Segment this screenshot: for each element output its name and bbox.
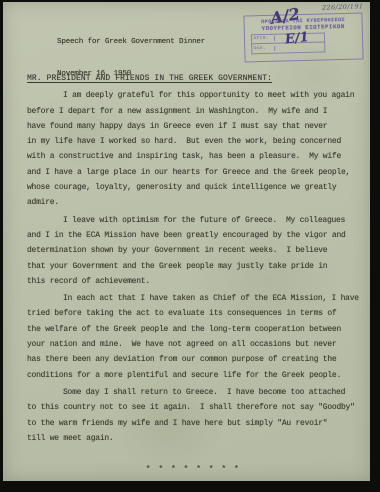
paragraph-4: Some day I shall return to Greece. I hav… [27,385,354,446]
text-line: the welfare of the Greek people and the … [27,322,354,337]
text-line: conditions for a more plentiful and secu… [27,368,354,383]
salutation-line: MR. PRESIDENT AND FRIENDS IN THE GREEK G… [27,71,354,86]
text-line: your nation and mine. We have not agreed… [27,337,354,352]
paragraph-1: I am deeply grateful for this opportunit… [27,88,354,210]
text-line: and I have a large place in our hearts f… [27,165,354,180]
text-line: I leave with optimism for the future of … [27,213,354,228]
text-line: to the warm friends my wife and I have h… [27,416,354,431]
text-line: admire. [27,195,354,210]
text-line: has there been any deviation from our co… [27,352,354,367]
text-line: in my life have I worked so hard. But ev… [27,134,354,149]
text-line: before I depart for a new assignment in … [27,104,354,119]
text-line: this record of achievement. [27,274,354,289]
text-line: whose courage, loyalty, generosity and q… [27,180,354,195]
text-line: Some day I shall return to Greece. I hav… [27,385,354,400]
handwritten-file-reference: Ε/1 [284,30,309,48]
text-line: to this country not to see it again. I s… [27,400,354,415]
text-line: that your Government and the Greek peopl… [27,259,354,274]
text-line: with a constructive and inspiring task, … [27,149,354,164]
stamp-number-label: ΑΡΙΘ. [252,36,275,42]
paragraph-2: I leave with optimism for the future of … [27,213,354,289]
stamp-folder-label: ΦΑΚ. [252,46,275,52]
registry-stamp: ΠΡΟΕΔΡΙΑ ΤΗΣ ΚΥΒΕΡΝΗΣΕΩΣ ΥΠΟΥΡΓΕΙΟΝ ΕΞΩΤ… [243,12,363,62]
text-line: till we meet again. [27,431,354,446]
text-line: determination shown by your Government i… [27,243,354,258]
text-line: and I in the ECA Mission have been great… [27,228,354,243]
text-line: In each act that I have taken as Chief o… [27,291,354,306]
text-line: have found many happy days in Greece eve… [27,119,354,134]
speech-body: MR. PRESIDENT AND FRIENDS IN THE GREEK G… [27,71,354,446]
document-title: Speech for Greek Government Dinner [57,37,205,48]
archive-reference-annotation: 226/20/191 [321,2,363,11]
document-page: 226/20/191 Speech for Greek Government D… [3,2,370,481]
paragraph-3: In each act that I have taken as Chief o… [27,291,354,383]
text-line: tried before taking the act to evaluate … [27,306,354,321]
asterisk-separator: * * * * * * * * [3,465,380,474]
text-line: I am deeply grateful for this opportunit… [27,88,354,103]
